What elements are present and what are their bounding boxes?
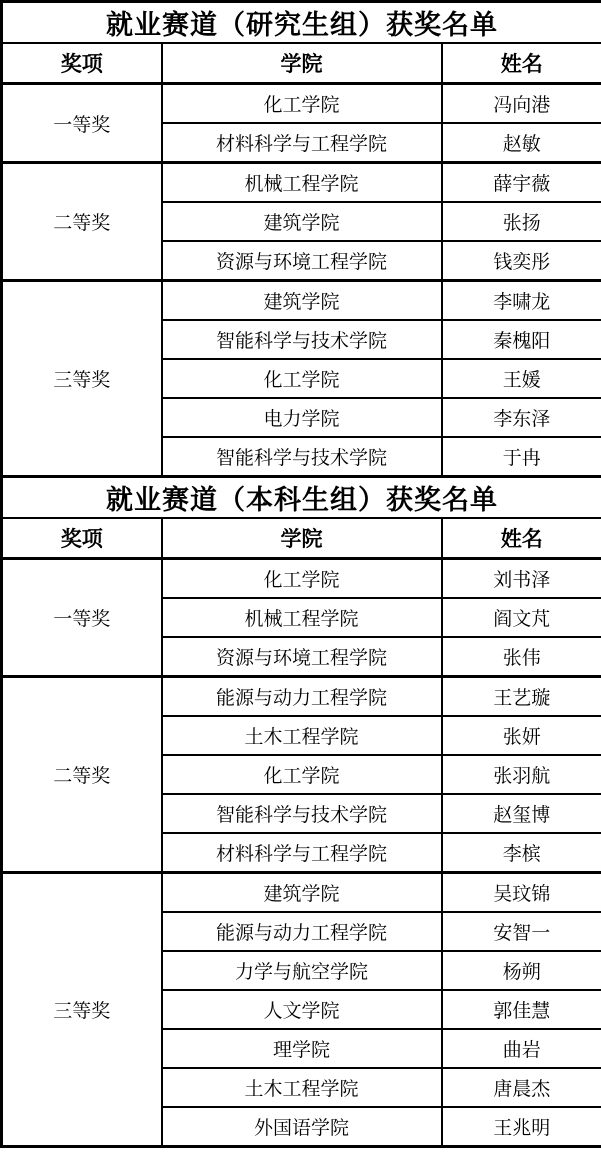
award-document: 就业赛道（研究生组）获奖名单奖项学院姓名一等奖化工学院冯向港材料科学与工程学院赵…: [0, 0, 601, 1148]
college-cell: 人文学院: [162, 990, 442, 1029]
award-cell: 三等奖: [2, 281, 162, 477]
college-cell: 理学院: [162, 1029, 442, 1068]
name-cell: 薛宇薇: [442, 163, 601, 203]
name-cell: 李啸龙: [442, 281, 601, 321]
award-cell: 一等奖: [2, 84, 162, 163]
college-cell: 智能科学与技术学院: [162, 437, 442, 477]
name-cell: 曲岩: [442, 1029, 601, 1068]
name-cell: 郭佳慧: [442, 990, 601, 1029]
table-row: 一等奖化工学院冯向港: [2, 84, 601, 124]
column-header-name: 姓名: [442, 43, 601, 84]
table-title-row: 就业赛道（研究生组）获奖名单: [2, 2, 601, 44]
college-cell: 机械工程学院: [162, 163, 442, 203]
name-cell: 赵敏: [442, 123, 601, 163]
name-cell: 张羽航: [442, 755, 601, 794]
name-cell: 王艺璇: [442, 677, 601, 717]
college-cell: 材料科学与工程学院: [162, 123, 442, 163]
college-cell: 化工学院: [162, 559, 442, 599]
award-cell: 二等奖: [2, 677, 162, 873]
table-title: 就业赛道（研究生组）获奖名单: [2, 2, 601, 44]
table-row: 三等奖建筑学院李啸龙: [2, 281, 601, 321]
college-cell: 建筑学院: [162, 873, 442, 913]
table-row: 一等奖化工学院刘书泽: [2, 559, 601, 599]
table-header-row: 奖项学院姓名: [2, 43, 601, 84]
college-cell: 智能科学与技术学院: [162, 320, 442, 359]
name-cell: 杨朔: [442, 951, 601, 990]
name-cell: 张妍: [442, 716, 601, 755]
column-header-name: 姓名: [442, 518, 601, 559]
college-cell: 外国语学院: [162, 1107, 442, 1147]
column-header-college: 学院: [162, 518, 442, 559]
college-cell: 智能科学与技术学院: [162, 794, 442, 833]
college-cell: 土木工程学院: [162, 716, 442, 755]
award-cell: 一等奖: [2, 559, 162, 677]
college-cell: 力学与航空学院: [162, 951, 442, 990]
table-title: 就业赛道（本科生组）获奖名单: [2, 477, 601, 519]
name-cell: 李东泽: [442, 398, 601, 437]
column-header-college: 学院: [162, 43, 442, 84]
name-cell: 张伟: [442, 637, 601, 677]
table-row: 二等奖能源与动力工程学院王艺璇: [2, 677, 601, 717]
college-cell: 材料科学与工程学院: [162, 833, 442, 873]
name-cell: 王媛: [442, 359, 601, 398]
name-cell: 张扬: [442, 202, 601, 241]
name-cell: 阎文芃: [442, 598, 601, 637]
college-cell: 资源与环境工程学院: [162, 637, 442, 677]
table-row: 三等奖建筑学院吴玟锦: [2, 873, 601, 913]
college-cell: 土木工程学院: [162, 1068, 442, 1107]
award-table-graduate-group: 就业赛道（研究生组）获奖名单奖项学院姓名一等奖化工学院冯向港材料科学与工程学院赵…: [0, 0, 601, 478]
college-cell: 能源与动力工程学院: [162, 677, 442, 717]
college-cell: 化工学院: [162, 755, 442, 794]
name-cell: 安智一: [442, 912, 601, 951]
award-table-undergraduate-group: 就业赛道（本科生组）获奖名单奖项学院姓名一等奖化工学院刘书泽机械工程学院阎文芃资…: [0, 475, 601, 1148]
name-cell: 刘书泽: [442, 559, 601, 599]
name-cell: 王兆明: [442, 1107, 601, 1147]
college-cell: 建筑学院: [162, 281, 442, 321]
name-cell: 钱奕彤: [442, 241, 601, 281]
college-cell: 机械工程学院: [162, 598, 442, 637]
name-cell: 吴玟锦: [442, 873, 601, 913]
table-row: 二等奖机械工程学院薛宇薇: [2, 163, 601, 203]
name-cell: 赵玺博: [442, 794, 601, 833]
award-cell: 二等奖: [2, 163, 162, 281]
name-cell: 李槟: [442, 833, 601, 873]
column-header-award: 奖项: [2, 518, 162, 559]
college-cell: 化工学院: [162, 359, 442, 398]
table-title-row: 就业赛道（本科生组）获奖名单: [2, 477, 601, 519]
name-cell: 唐晨杰: [442, 1068, 601, 1107]
college-cell: 化工学院: [162, 84, 442, 124]
college-cell: 能源与动力工程学院: [162, 912, 442, 951]
college-cell: 资源与环境工程学院: [162, 241, 442, 281]
award-cell: 三等奖: [2, 873, 162, 1147]
college-cell: 建筑学院: [162, 202, 442, 241]
college-cell: 电力学院: [162, 398, 442, 437]
name-cell: 秦槐阳: [442, 320, 601, 359]
name-cell: 于冉: [442, 437, 601, 477]
table-header-row: 奖项学院姓名: [2, 518, 601, 559]
column-header-award: 奖项: [2, 43, 162, 84]
name-cell: 冯向港: [442, 84, 601, 124]
